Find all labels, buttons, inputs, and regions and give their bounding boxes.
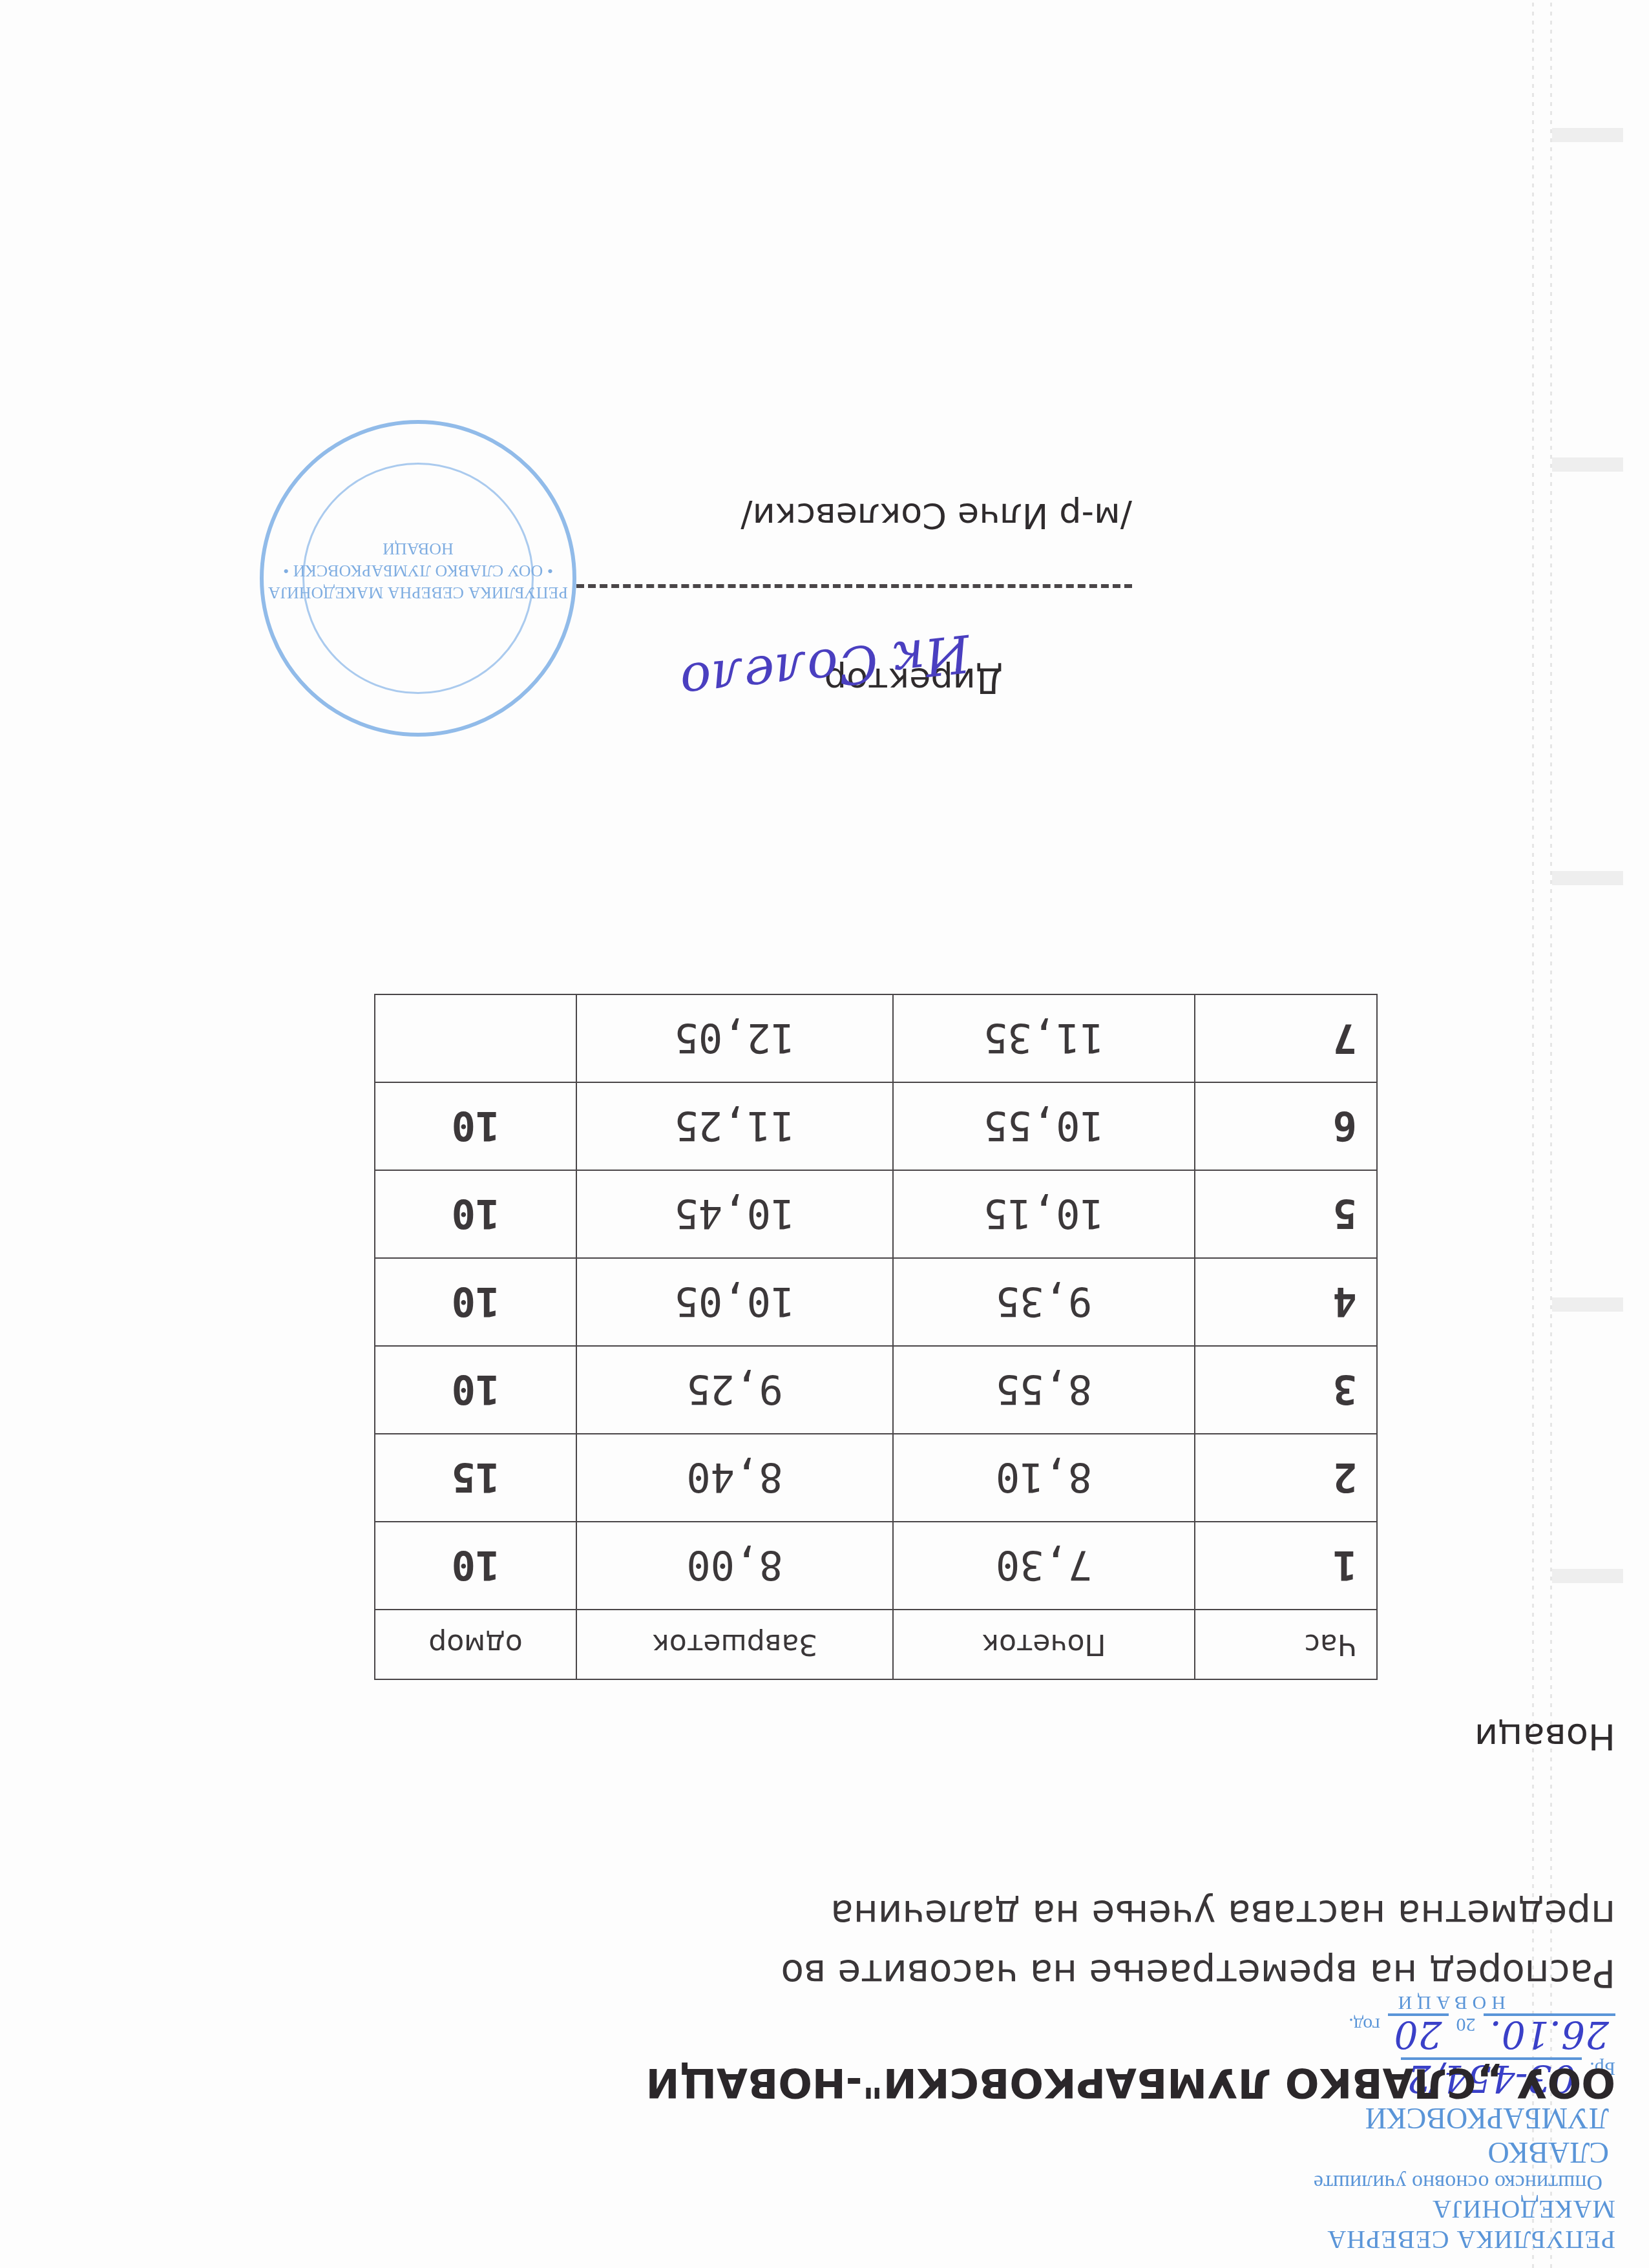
school-name-heading: ООУ „СЛАВКО ЛУМБАРКОВСКИ"-НОВАЦИ: [646, 2059, 1615, 2106]
stamp-country: РЕПУБЛИКА СЕВЕРНА МАКЕДОНИЈА: [1279, 2194, 1615, 2255]
cell-end: 9,25: [576, 1346, 893, 1434]
stamp-school-type: Општинско основно училиште: [1279, 2170, 1602, 2194]
cell-start: 10,15: [893, 1170, 1195, 1258]
cell-start: 10,55: [893, 1082, 1195, 1170]
cell-end: 8,00: [576, 1522, 893, 1610]
cell-end: 10,45: [576, 1170, 893, 1258]
header-hour: Час: [1195, 1610, 1377, 1679]
cell-break: 10: [375, 1258, 576, 1346]
schedule-table: Час Почеток Завршеток одмор 17,308,00102…: [374, 994, 1378, 1680]
stamp-school-name: СЛАВКО ЛУМБАРКОВСКИ: [1279, 2101, 1609, 2170]
cell-start: 8,55: [893, 1346, 1195, 1434]
signature-line: [576, 584, 1132, 588]
header-end: Завршеток: [576, 1610, 893, 1679]
table-row: 28,108,4015: [375, 1434, 1377, 1522]
seal-text: РЕПУБЛИКА СЕВЕРНА МАКЕДОНИЈА • ООУ СЛАВК…: [264, 538, 572, 604]
cell-end: 8,40: [576, 1434, 893, 1522]
cell-start: 9,35: [893, 1258, 1195, 1346]
cell-start: 7,30: [893, 1522, 1195, 1610]
table-row: 510,1510,4510: [375, 1170, 1377, 1258]
cell-start: 11,35: [893, 994, 1195, 1082]
cell-end: 10,05: [576, 1258, 893, 1346]
scan-artifact: [1552, 128, 1623, 142]
cell-hour: 7: [1195, 994, 1377, 1082]
document-title: Распоред на времетраење на часовите во п…: [781, 1884, 1615, 2003]
stamp-date-value: 26.10.: [1484, 2013, 1615, 2053]
cell-break: 10: [375, 1346, 576, 1434]
cell-hour: 6: [1195, 1082, 1377, 1170]
document-title-line-2: предметна настава учење на далечина: [781, 1884, 1615, 1944]
stamp-year-value: 20: [1388, 2013, 1449, 2053]
table-row: 17,308,0010: [375, 1522, 1377, 1610]
scan-artifact: [1552, 1569, 1623, 1583]
stamp-year-prefix: 20: [1456, 2013, 1476, 2035]
scan-artifact: [1552, 871, 1623, 885]
table-row: 38,559,2510: [375, 1346, 1377, 1434]
scan-artifact: [1552, 457, 1623, 472]
cell-break: 10: [375, 1522, 576, 1610]
scanned-document-page: РЕПУБЛИКА СЕВЕРНА МАКЕДОНИЈА Општинско о…: [0, 0, 1649, 2268]
cell-hour: 2: [1195, 1434, 1377, 1522]
cell-end: 12,05: [576, 994, 893, 1082]
table-row: 610,5511,2510: [375, 1082, 1377, 1170]
cell-hour: 1: [1195, 1522, 1377, 1610]
scan-artifact: [1552, 1297, 1623, 1312]
director-name: /м-р Илче Соклевски/: [740, 496, 1132, 536]
place-label: Новаци: [1475, 1716, 1615, 1758]
cell-break: [375, 994, 576, 1082]
cell-break: 10: [375, 1170, 576, 1258]
stamp-year-suffix: год.: [1349, 2013, 1380, 2035]
cell-break: 15: [375, 1434, 576, 1522]
header-break: одмор: [375, 1610, 576, 1679]
header-start: Почеток: [893, 1610, 1195, 1679]
cell-end: 11,25: [576, 1082, 893, 1170]
document-title-line-1: Распоред на времетраење на часовите во: [781, 1944, 1615, 2003]
cell-hour: 3: [1195, 1346, 1377, 1434]
table-row: 49,3510,0510: [375, 1258, 1377, 1346]
cell-hour: 4: [1195, 1258, 1377, 1346]
registration-stamp: РЕПУБЛИКА СЕВЕРНА МАКЕДОНИЈА Општинско о…: [1279, 1991, 1615, 2255]
table-header-row: Час Почеток Завршеток одмор: [375, 1610, 1377, 1679]
cell-hour: 5: [1195, 1170, 1377, 1258]
round-school-seal: РЕПУБЛИКА СЕВЕРНА МАКЕДОНИЈА • ООУ СЛАВК…: [260, 420, 576, 737]
cell-break: 10: [375, 1082, 576, 1170]
cell-start: 8,10: [893, 1434, 1195, 1522]
table-row: 711,3512,05: [375, 994, 1377, 1082]
